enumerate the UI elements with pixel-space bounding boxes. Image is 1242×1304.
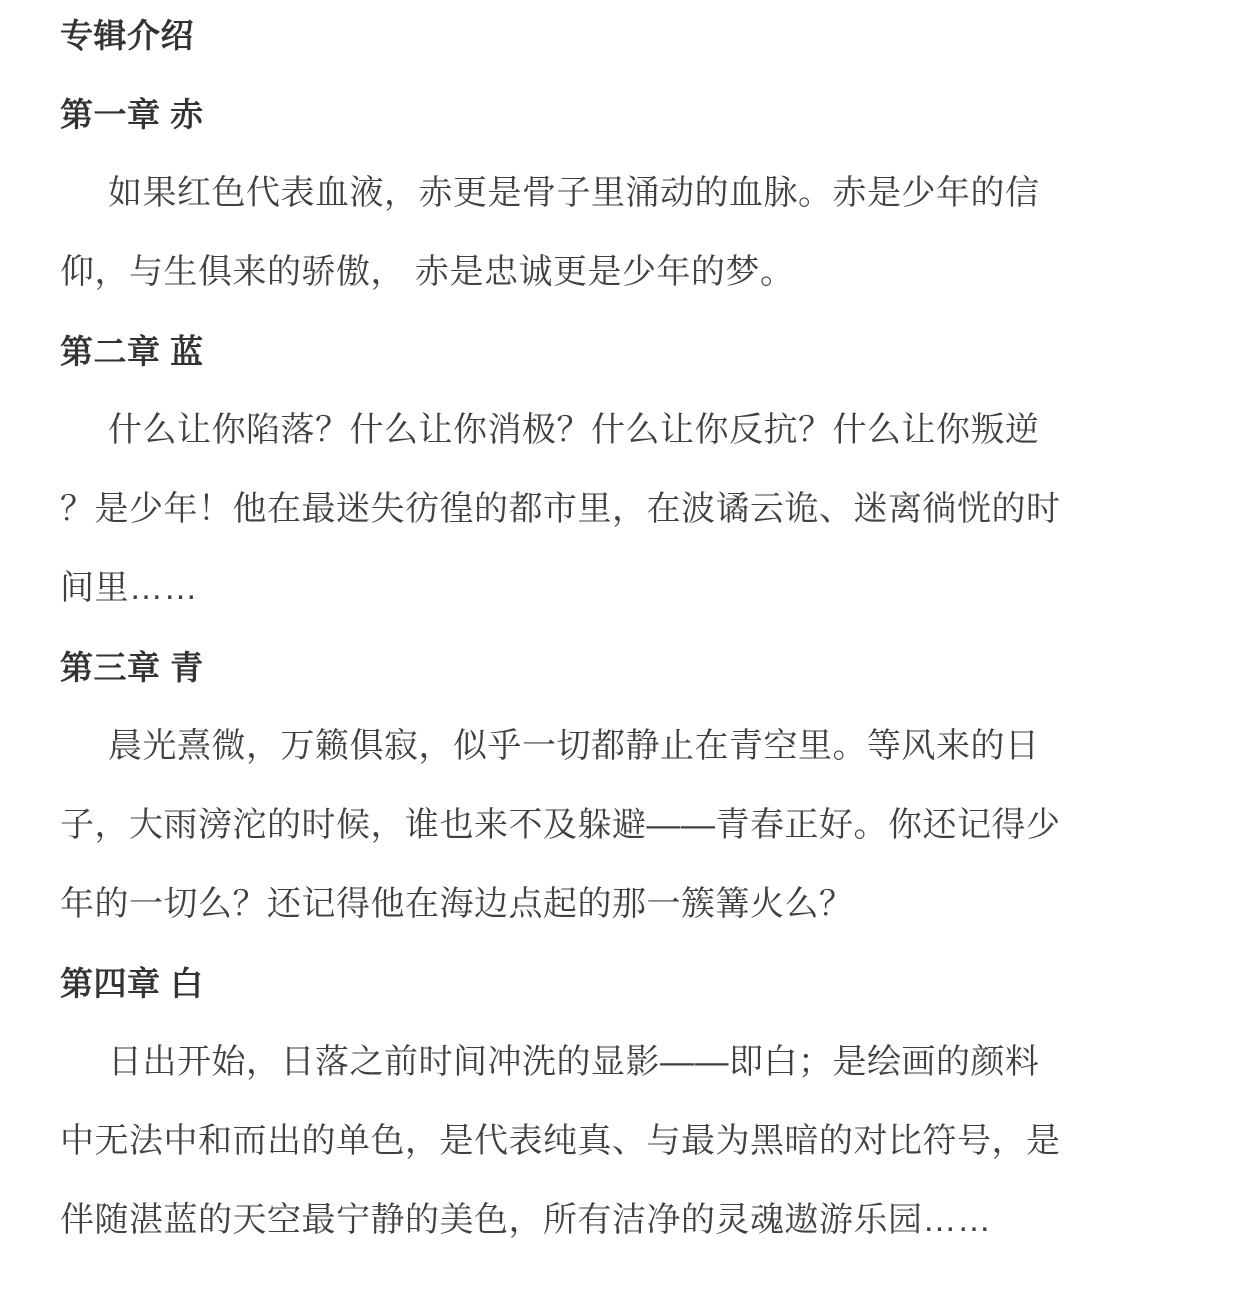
paragraph-line: 子，大雨滂沱的时候，谁也来不及躲避——青春正好。你还记得少 — [60, 786, 1182, 865]
paragraph-line: 日出开始，日落之前时间冲洗的显影——即白；是绘画的颜料 — [60, 1023, 1182, 1102]
chapter-heading-cyan: 第三章 青 — [60, 628, 1182, 707]
paragraph-line: 间里…… — [60, 549, 1182, 628]
paragraph-line: 仰，与生俱来的骄傲， 赤是忠诚更是少年的梦。 — [60, 233, 1182, 312]
album-intro-document: 专辑介绍 第一章 赤 如果红色代表血液，赤更是骨子里涌动的血脉。赤是少年的信 仰… — [0, 0, 1242, 1260]
page-title: 专辑介绍 — [60, 0, 1182, 75]
paragraph-line: 晨光熹微，万籁俱寂，似乎一切都静止在青空里。等风来的日 — [60, 707, 1182, 786]
chapter-section-blue: 第二章 蓝 什么让你陷落？什么让你消极？什么让你反抗？什么让你叛逆 ？是少年！他… — [60, 312, 1182, 628]
chapter-heading-blue: 第二章 蓝 — [60, 312, 1182, 391]
chapter-heading-white: 第四章 白 — [60, 944, 1182, 1023]
chapter-section-white: 第四章 白 日出开始，日落之前时间冲洗的显影——即白；是绘画的颜料 中无法中和而… — [60, 944, 1182, 1260]
paragraph-line: ？是少年！他在最迷失彷徨的都市里，在波谲云诡、迷离徜恍的时 — [60, 470, 1182, 549]
paragraph-line: 什么让你陷落？什么让你消极？什么让你反抗？什么让你叛逆 — [60, 391, 1182, 470]
paragraph-line: 如果红色代表血液，赤更是骨子里涌动的血脉。赤是少年的信 — [60, 154, 1182, 233]
chapter-section-cyan: 第三章 青 晨光熹微，万籁俱寂，似乎一切都静止在青空里。等风来的日 子，大雨滂沱… — [60, 628, 1182, 944]
chapter-section-red: 第一章 赤 如果红色代表血液，赤更是骨子里涌动的血脉。赤是少年的信 仰，与生俱来… — [60, 75, 1182, 312]
paragraph-line: 中无法中和而出的单色，是代表纯真、与最为黑暗的对比符号，是 — [60, 1102, 1182, 1181]
paragraph-line: 伴随湛蓝的天空最宁静的美色，所有洁净的灵魂遨游乐园…… — [60, 1181, 1182, 1260]
paragraph-line: 年的一切么？还记得他在海边点起的那一簇篝火么？ — [60, 865, 1182, 944]
chapter-heading-red: 第一章 赤 — [60, 75, 1182, 154]
